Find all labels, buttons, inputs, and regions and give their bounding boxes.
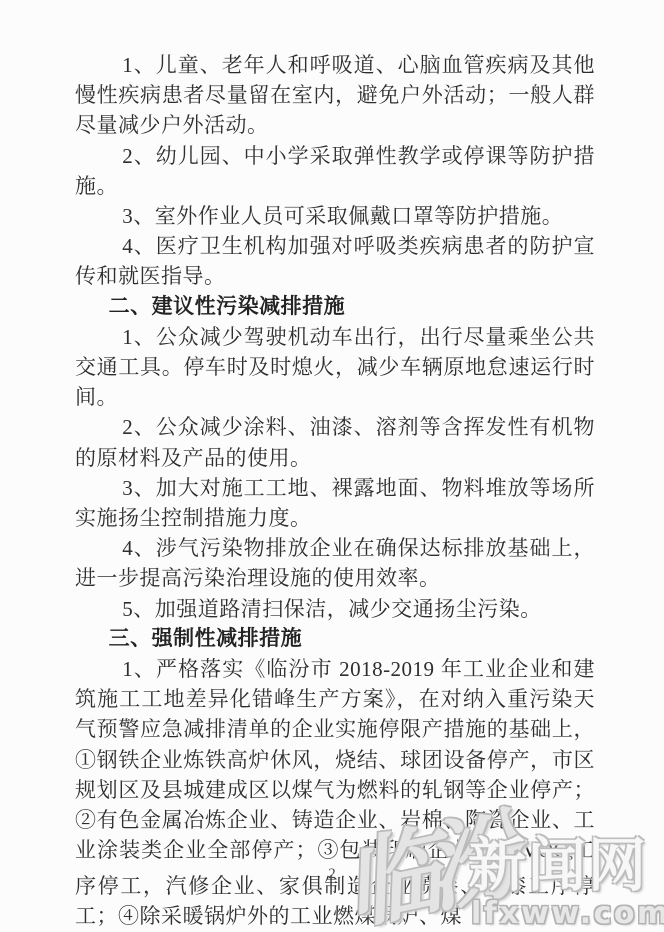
paragraph: 5、加强道路清扫保洁，减少交通扬尘污染。 (75, 594, 595, 624)
paragraph: 3、室外作业人员可采取佩戴口罩等防护措施。 (75, 201, 595, 231)
paragraph-text: 1、严格落实《临汾市 2018-2019 年工业企业和建筑施工工地差异化错峰生产… (75, 657, 595, 862)
paragraph: 4、涉气污染物排放企业在确保达标排放基础上，进一步提高污染治理设施的使用效率。 (75, 533, 595, 593)
page-number: 2 (0, 866, 664, 883)
paragraph: 2、幼儿园、中小学采取弹性教学或停课等防护措施。 (75, 141, 595, 201)
document-body: 1、儿童、老年人和呼吸道、心脑血管疾病及其他慢性疾病患者尽量留在室内，避免户外活… (75, 50, 595, 931)
paragraph: 4、医疗卫生机构加强对呼吸类疾病患者的防护宣传和就医指导。 (75, 231, 595, 291)
paragraph: 2、公众减少涂料、油漆、溶剂等含挥发性有机物的原材料及产品的使用。 (75, 412, 595, 472)
scanned-document-page: 1、儿童、老年人和呼吸道、心脑血管疾病及其他慢性疾病患者尽量留在室内，避免户外活… (0, 0, 664, 932)
section-heading: 二、建议性污染减排措施 (75, 292, 595, 322)
section-heading: 三、强制性减排措施 (75, 624, 595, 654)
paragraph: 1、严格落实《临汾市 2018-2019 年工业企业和建筑施工工地差异化错峰生产… (75, 654, 595, 931)
paragraph: 1、公众减少驾驶机动车出行，出行尽量乘坐公共交通工具。停车时及时熄火，减少车辆原… (75, 322, 595, 413)
paragraph: 1、儿童、老年人和呼吸道、心脑血管疾病及其他慢性疾病患者尽量留在室内，避免户外活… (75, 50, 595, 141)
paragraph: 3、加大对施工工地、裸露地面、物料堆放等场所实施扬尘控制措施力度。 (75, 473, 595, 533)
